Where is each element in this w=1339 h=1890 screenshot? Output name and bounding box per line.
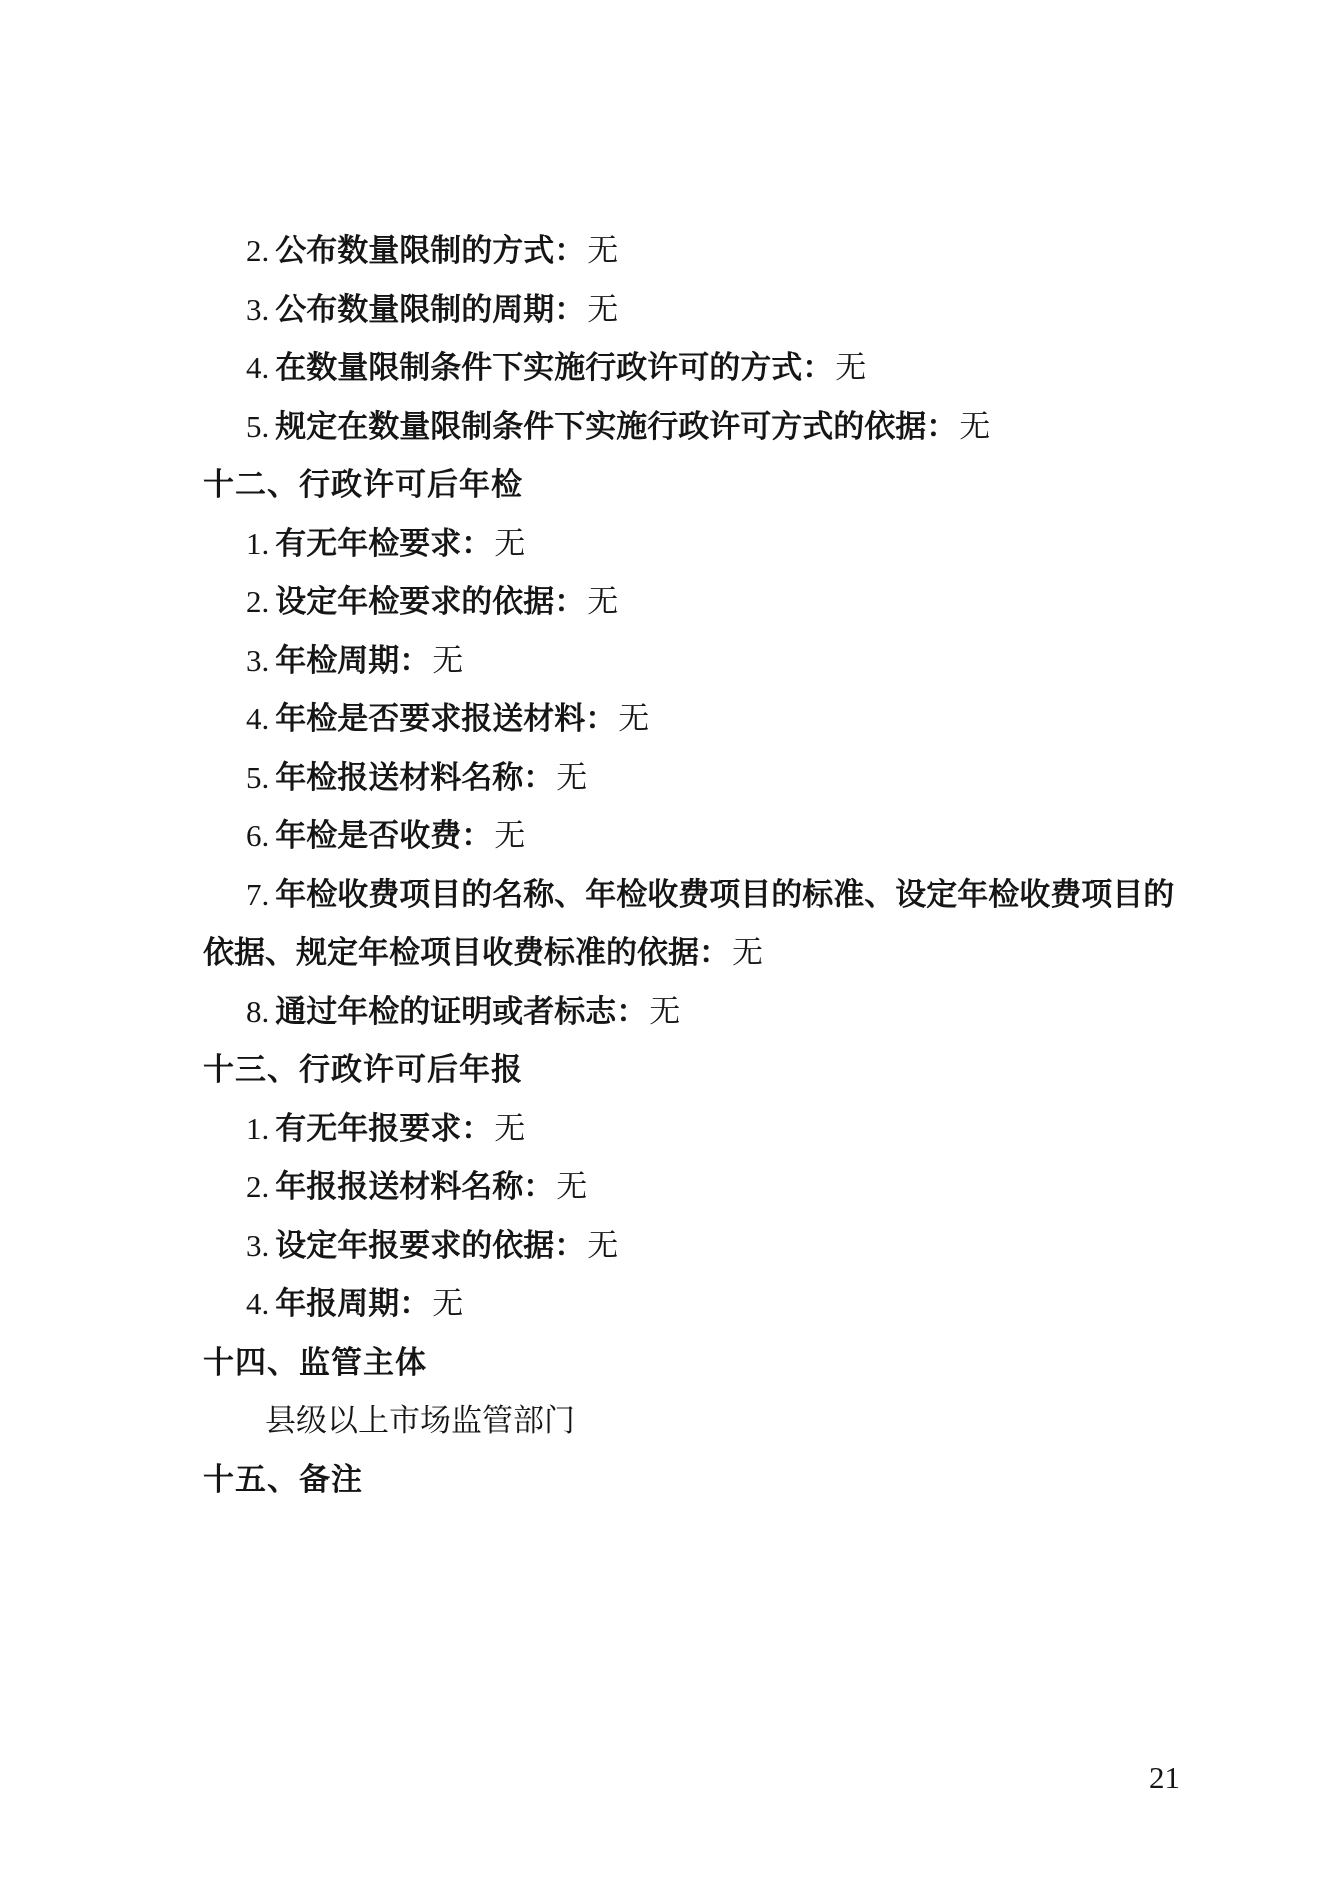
item-number: 2. <box>246 1169 269 1204</box>
item-value: 无 <box>432 1286 463 1321</box>
document-body: 2.公布数量限制的方式：无 3.公布数量限制的周期：无 4.在数量限制条件下实施… <box>203 222 1180 1509</box>
item-label: 有无年报要求 <box>275 1111 461 1146</box>
list-item: 1.有无年检要求：无 <box>203 515 1180 574</box>
item-number: 3. <box>246 643 269 678</box>
item-colon: ： <box>554 584 585 619</box>
item-colon: ： <box>399 1286 430 1321</box>
section-heading: 十二、行政许可后年检 <box>203 456 1180 515</box>
list-item: 4.年报周期：无 <box>203 1275 1180 1334</box>
list-item: 2.年报报送材料名称：无 <box>203 1158 1180 1217</box>
body-paragraph: 县级以上市场监管部门 <box>203 1392 1180 1451</box>
item-number: 6. <box>246 818 269 853</box>
item-label: 设定年报要求的依据 <box>275 1228 554 1263</box>
item-number: 4. <box>246 350 269 385</box>
item-number: 2. <box>246 233 269 268</box>
item-label: 公布数量限制的周期 <box>275 292 554 327</box>
item-value: 无 <box>587 292 618 327</box>
item-value: 无 <box>618 701 649 736</box>
page-number: 21 <box>1149 1758 1180 1798</box>
item-value: 无 <box>835 350 866 385</box>
item-value: 无 <box>959 409 990 444</box>
section-heading: 十四、监管主体 <box>203 1334 1180 1393</box>
item-colon: ： <box>802 350 833 385</box>
item-label: 在数量限制条件下实施行政许可的方式 <box>275 350 802 385</box>
item-label: 年报报送材料名称 <box>275 1169 523 1204</box>
item-label: 规定在数量限制条件下实施行政许可方式的依据 <box>275 409 926 444</box>
list-item: 5.规定在数量限制条件下实施行政许可方式的依据：无 <box>203 398 1180 457</box>
list-item: 7.年检收费项目的名称、年检收费项目的标准、设定年检收费项目的依据、规定年检项目… <box>203 866 1180 983</box>
item-colon: ： <box>616 994 647 1029</box>
item-value: 无 <box>432 643 463 678</box>
list-item: 5.年检报送材料名称：无 <box>203 749 1180 808</box>
item-number: 8. <box>246 994 269 1029</box>
item-value: 无 <box>587 1228 618 1263</box>
item-colon: ： <box>399 643 430 678</box>
paragraph-text: 县级以上市场监管部门 <box>265 1403 575 1438</box>
item-value: 无 <box>732 935 763 970</box>
item-number: 2. <box>246 584 269 619</box>
list-item: 3.年检周期：无 <box>203 632 1180 691</box>
item-value: 无 <box>494 526 525 561</box>
list-item: 8.通过年检的证明或者标志：无 <box>203 983 1180 1042</box>
item-colon: ： <box>523 760 554 795</box>
item-value: 无 <box>587 584 618 619</box>
item-label: 年检周期 <box>275 643 399 678</box>
item-colon: ： <box>699 935 730 970</box>
item-value: 无 <box>494 818 525 853</box>
item-number: 3. <box>246 1228 269 1263</box>
item-value: 无 <box>494 1111 525 1146</box>
section-heading: 十三、行政许可后年报 <box>203 1041 1180 1100</box>
item-value: 无 <box>649 994 680 1029</box>
item-label: 年检报送材料名称 <box>275 760 523 795</box>
list-item: 1.有无年报要求：无 <box>203 1100 1180 1159</box>
list-item: 4.在数量限制条件下实施行政许可的方式：无 <box>203 339 1180 398</box>
list-item: 4.年检是否要求报送材料：无 <box>203 690 1180 749</box>
list-item: 2.公布数量限制的方式：无 <box>203 222 1180 281</box>
item-colon: ： <box>523 1169 554 1204</box>
item-label: 年检是否要求报送材料 <box>275 701 585 736</box>
list-item: 3.设定年报要求的依据：无 <box>203 1217 1180 1276</box>
list-item: 2.设定年检要求的依据：无 <box>203 573 1180 632</box>
document-page: 2.公布数量限制的方式：无 3.公布数量限制的周期：无 4.在数量限制条件下实施… <box>0 0 1339 1890</box>
item-colon: ： <box>554 233 585 268</box>
item-value: 无 <box>587 233 618 268</box>
item-number: 4. <box>246 701 269 736</box>
item-colon: ： <box>585 701 616 736</box>
item-label: 有无年检要求 <box>275 526 461 561</box>
item-colon: ： <box>461 1111 492 1146</box>
item-label: 年检收费项目的名称、年检收费项目的标准、设定年检收费项目的依据、规定年检项目收费… <box>203 877 1174 971</box>
item-number: 1. <box>246 1111 269 1146</box>
item-label: 年检是否收费 <box>275 818 461 853</box>
heading-text: 十五、备注 <box>203 1462 363 1497</box>
item-label: 设定年检要求的依据 <box>275 584 554 619</box>
item-label: 通过年检的证明或者标志 <box>275 994 616 1029</box>
item-number: 5. <box>246 760 269 795</box>
item-colon: ： <box>554 292 585 327</box>
item-value: 无 <box>556 1169 587 1204</box>
item-label: 年报周期 <box>275 1286 399 1321</box>
list-item: 6.年检是否收费：无 <box>203 807 1180 866</box>
item-number: 5. <box>246 409 269 444</box>
list-item: 3.公布数量限制的周期：无 <box>203 281 1180 340</box>
heading-text: 十四、监管主体 <box>203 1345 427 1380</box>
heading-text: 十三、行政许可后年报 <box>203 1052 523 1087</box>
item-colon: ： <box>926 409 957 444</box>
item-label: 公布数量限制的方式 <box>275 233 554 268</box>
section-heading: 十五、备注 <box>203 1451 1180 1510</box>
item-number: 3. <box>246 292 269 327</box>
item-number: 1. <box>246 526 269 561</box>
item-number: 7. <box>246 877 269 912</box>
item-colon: ： <box>554 1228 585 1263</box>
item-colon: ： <box>461 526 492 561</box>
heading-text: 十二、行政许可后年检 <box>203 467 523 502</box>
item-value: 无 <box>556 760 587 795</box>
item-number: 4. <box>246 1286 269 1321</box>
item-colon: ： <box>461 818 492 853</box>
